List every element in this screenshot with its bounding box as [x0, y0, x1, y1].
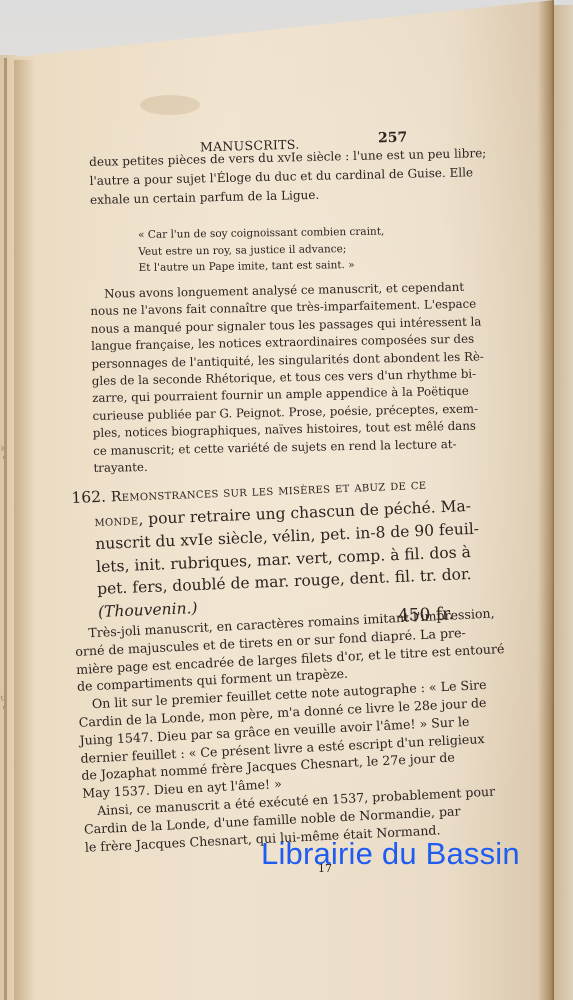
page-number: 257 — [378, 130, 408, 147]
page-content: MANUSCRITS. 257 deux petites pièces de v… — [0, 0, 573, 1000]
catalog-entry-162: 162. Remonstrances sur les misères et ab… — [71, 471, 482, 624]
binder-name: (Thouvenin.) — [98, 599, 198, 621]
paragraph-3: Très-joli manuscrit, en caractères romai… — [74, 604, 513, 856]
paragraph-1: deux petites pièces de vers du xvIe sièc… — [89, 144, 487, 210]
verse-line: Et l'autre un Pape imite, tant est saint… — [138, 257, 384, 277]
verse-line: « Car l'un de soy coignoissant combien c… — [138, 224, 384, 244]
watermark-text: Librairie du Bassin — [261, 836, 520, 872]
verse-quotation: « Car l'un de soy coignoissant combien c… — [138, 224, 385, 277]
paragraph-2: Nous avons longuement analysé ce manuscr… — [90, 278, 486, 477]
entry-title-caps: monde — [94, 512, 139, 530]
entry-number: 162. — [71, 488, 106, 507]
